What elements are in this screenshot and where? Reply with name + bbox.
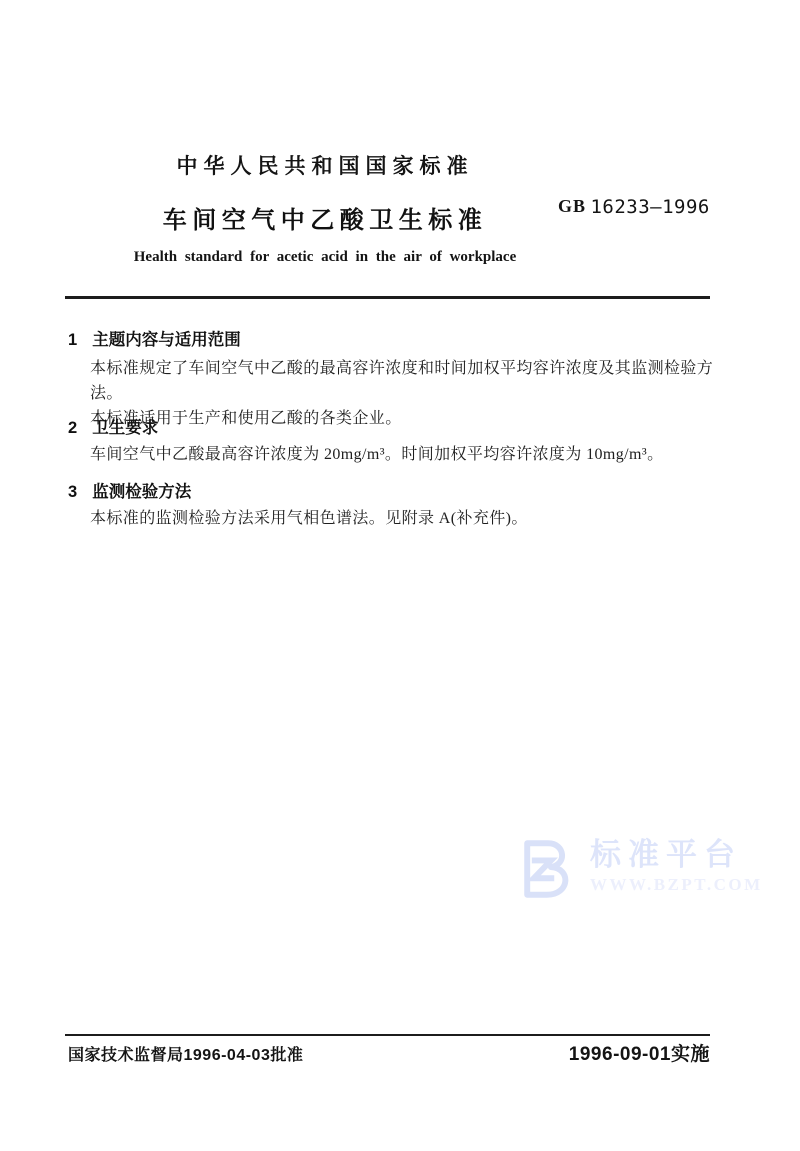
section-3-line-1: 本标准的监测检验方法采用气相色谱法。见附录 A(补充件)。 [90,506,730,531]
section-3-number: 3 [68,483,77,502]
header-divider [65,296,710,299]
section-1-number: 1 [68,331,77,350]
bzpt-logo-icon [514,838,580,905]
section-2-line-1: 车间空气中乙酸最高容许浓度为 20mg/m³。时间加权平均容许浓度为 10mg/… [90,442,730,467]
standard-code-number: 16233—1996 [590,196,709,218]
section-3-body: 本标准的监测检验方法采用气相色谱法。见附录 A(补充件)。 [90,506,730,531]
national-standard-label: 中华人民共和国国家标准 [90,150,560,180]
document-title-en: Health standard for acetic acid in the a… [90,249,560,266]
section-1-line-1: 本标准规定了车间空气中乙酸的最高容许浓度和时间加权平均容许浓度及其监测检验方法。 [90,356,730,406]
document-page: 中华人民共和国国家标准 车间空气中乙酸卫生标准 GB 16233—1996 He… [0,0,800,1151]
section-1-line-2: 本标准适用于生产和使用乙酸的各类企业。 [90,406,730,431]
section-1-body: 本标准规定了车间空气中乙酸的最高容许浓度和时间加权平均容许浓度及其监测检验方法。… [90,356,730,431]
watermark-brand: 标准平台 [590,838,763,872]
footer-divider [65,1034,710,1036]
standard-code: GB 16233—1996 [558,196,710,218]
watermark-url: WWW.BZPT.COM [590,875,763,895]
section-1-heading: 1主题内容与适用范围 [68,326,241,350]
footer-implementation: 1996-09-01实施 [569,1039,710,1066]
section-2-heading: 2卫生要求 [68,414,158,438]
section-3-title: 监测检验方法 [92,483,191,501]
section-3-heading: 3监测检验方法 [68,478,191,502]
section-2-number: 2 [68,419,77,438]
standard-code-prefix: GB [558,196,586,216]
section-2-body: 车间空气中乙酸最高容许浓度为 20mg/m³。时间加权平均容许浓度为 10mg/… [90,442,730,467]
footer-approval: 国家技术监督局1996-04-03批准 [68,1042,303,1065]
watermark: 标准平台 WWW.BZPT.COM [514,838,763,905]
section-1-title: 主题内容与适用范围 [92,331,241,349]
section-2-title: 卫生要求 [92,419,158,437]
watermark-text-block: 标准平台 WWW.BZPT.COM [590,838,763,895]
document-title-cn: 车间空气中乙酸卫生标准 [90,200,560,235]
